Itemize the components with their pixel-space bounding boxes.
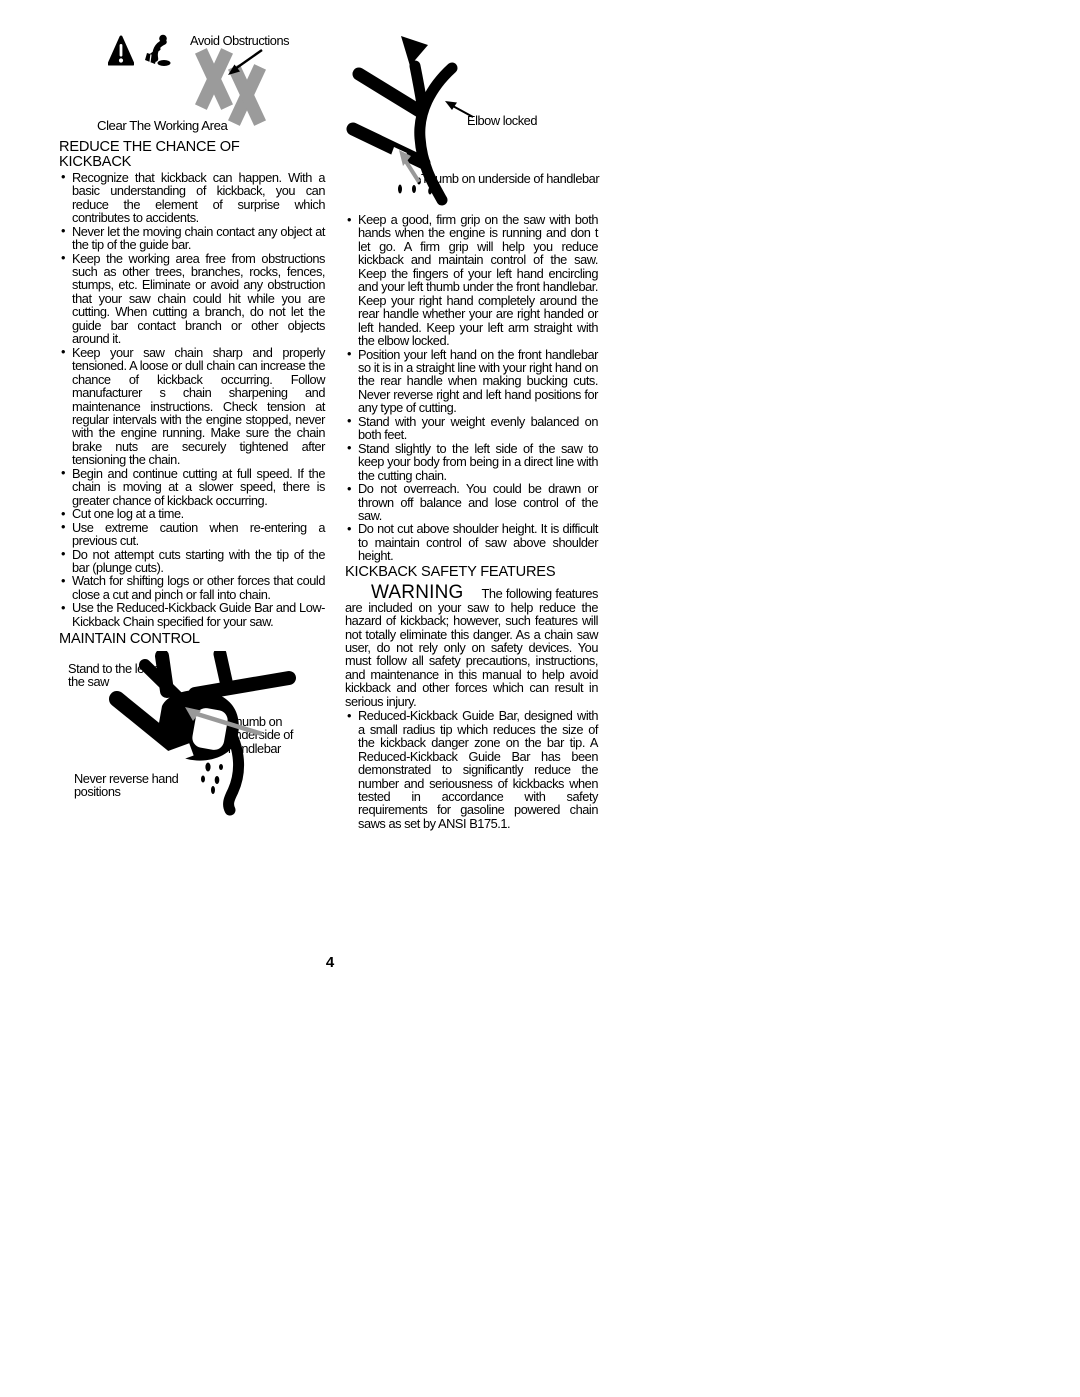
thumb-underside-label: Thumb on underside of handlebar (228, 715, 328, 756)
never-reverse-label: Never reverse hand positions (74, 772, 194, 800)
section-heading-kickback-safety-features: KICKBACK SAFETY FEATURES (345, 565, 598, 580)
left-column: REDUCE THE CHANCE OF KICKBACK Recognize … (59, 140, 325, 819)
list-item: Reduced-Kickback Guide Bar, designed wit… (358, 709, 598, 830)
list-item: Stand slightly to the left side of the s… (358, 442, 598, 482)
stand-left-label: Stand to the left of the saw (68, 662, 163, 690)
list-item: Do not cut above shoulder height. It is … (358, 522, 598, 562)
list-item: Begin and continue cutting at full speed… (72, 467, 325, 507)
list-item: Do not attempt cuts starting with the ti… (72, 548, 325, 575)
page-number: 4 (316, 954, 344, 971)
warning-paragraph: WARNINGThe following features are includ… (345, 586, 598, 708)
list-item: Never let the moving chain contact any o… (72, 225, 325, 252)
list-item: Cut one log at a time. (72, 507, 325, 520)
section-heading-reduce-kickback: REDUCE THE CHANCE OF KICKBACK (59, 140, 287, 171)
thumb-pointer-arrow (399, 150, 419, 182)
list-item: Use the Reduced-Kickback Guide Bar and L… (72, 601, 325, 628)
thumb-underside-label: Thumb on underside of handlebar (421, 172, 601, 186)
list-item: Keep a good, firm grip on the saw with b… (358, 213, 598, 348)
control-grip-list: Keep a good, firm grip on the saw with b… (345, 213, 598, 563)
list-item: Do not overreach. You could be drawn or … (358, 482, 598, 522)
warning-text: The following features are included on y… (345, 586, 598, 709)
list-item: Stand with your weight evenly balanced o… (358, 415, 598, 442)
list-item: Keep your saw chain sharp and properly t… (72, 346, 325, 467)
elbow-locked-figure: Elbow locked Thumb on underside of handl… (345, 28, 598, 213)
list-item: Recognize that kickback can happen. With… (72, 171, 325, 225)
list-item: Watch for shifting logs or other forces … (72, 574, 325, 601)
safety-features-list: Reduced-Kickback Guide Bar, designed wit… (345, 709, 598, 830)
clear-working-area-figure: Avoid Obstructions Clear The Working Are… (59, 28, 325, 142)
elbow-locked-label: Elbow locked (467, 114, 537, 128)
list-item: Position your left hand on the front han… (358, 348, 598, 415)
manual-page: Avoid Obstructions Clear The Working Are… (0, 0, 1080, 1397)
list-item: Keep the working area free from obstruct… (72, 252, 325, 346)
list-item: Use extreme caution when re-entering a p… (72, 521, 325, 548)
maintain-control-figure: Stand to the left of the saw Thumb on un… (59, 651, 325, 819)
figure-caption: Clear The Working Area (97, 119, 227, 132)
section-heading-maintain-control: MAINTAIN CONTROL (59, 632, 325, 647)
kickback-prevention-list: Recognize that kickback can happen. With… (59, 171, 325, 628)
right-column: Elbow locked Thumb on underside of handl… (345, 28, 598, 830)
